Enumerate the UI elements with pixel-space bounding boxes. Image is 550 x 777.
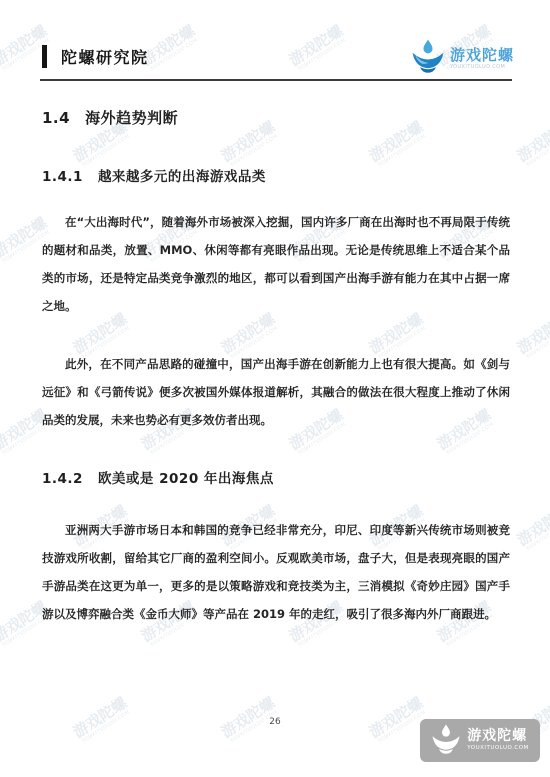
header-divider — [40, 79, 512, 81]
org-title-block: 陀螺研究院 — [42, 45, 149, 68]
document-page: 游戏陀螺YOUXITUOLUO.COM游戏陀螺YOUXITUOLUO.COM游戏… — [0, 0, 550, 777]
badge-text-block: 游戏陀螺 YOUXITUOLUO.COM — [467, 729, 529, 752]
paragraph-3: 亚洲两大手游市场日本和韩国的竞争已经非常充分，印尼、印度等新兴传统市场则被竞技游… — [42, 516, 510, 628]
subsection-2-title: 欧美或是 2020 年出海焦点 — [98, 471, 274, 487]
badge-domain-text: YOUXITUOLUO.COM — [467, 746, 529, 752]
logo-brand-name: 游戏陀螺 — [450, 48, 514, 63]
section-title: 海外趋势判断 — [85, 109, 178, 127]
watermark: 游戏陀螺YOUXITUOLUO.COM — [515, 503, 550, 553]
page-header: 陀螺研究院 游戏陀螺 YOUXITUOLUO.COM — [42, 36, 514, 76]
badge-brand-name: 游戏陀螺 — [467, 729, 529, 743]
footer-brand-badge: 游戏陀螺 YOUXITUOLUO.COM — [420, 719, 540, 762]
logo-domain-text: YOUXITUOLUO.COM — [450, 65, 514, 70]
subsection-heading-2: 1.4.2欧美或是 2020 年出海焦点 — [42, 467, 510, 487]
subsection-1-number: 1.4.1 — [42, 169, 83, 185]
brand-logo: 游戏陀螺 YOUXITUOLUO.COM — [411, 39, 514, 73]
watermark: 游戏陀螺YOUXITUOLUO.COM — [515, 119, 550, 169]
document-body: 1.4海外趋势判断 1.4.1越来越多元的出海游戏品类 在“大出海时代”，随着海… — [42, 107, 510, 628]
subsection-2-number: 1.4.2 — [42, 471, 83, 487]
subsection-1-title: 越来越多元的出海游戏品类 — [98, 169, 266, 185]
subsection-heading-1: 1.4.1越来越多元的出海游戏品类 — [42, 165, 510, 185]
gyro-logo-icon — [411, 39, 445, 73]
watermark: 游戏陀螺YOUXITUOLUO.COM — [515, 311, 550, 361]
paragraph-2: 此外，在不同产品思路的碰撞中，国产出海手游在创新能力上也有很大提高。如《剑与远征… — [42, 350, 510, 434]
paragraph-1: 在“大出海时代”，随着海外市场被深入挖掘，国内许多厂商在出海时也不再局限于传统的… — [42, 208, 510, 320]
logo-text-block: 游戏陀螺 YOUXITUOLUO.COM — [450, 48, 514, 73]
section-number: 1.4 — [42, 109, 70, 127]
section-heading: 1.4海外趋势判断 — [42, 107, 510, 128]
org-name: 陀螺研究院 — [61, 45, 149, 68]
gyro-logo-icon-white — [431, 724, 461, 758]
header-accent-bar — [42, 45, 47, 68]
